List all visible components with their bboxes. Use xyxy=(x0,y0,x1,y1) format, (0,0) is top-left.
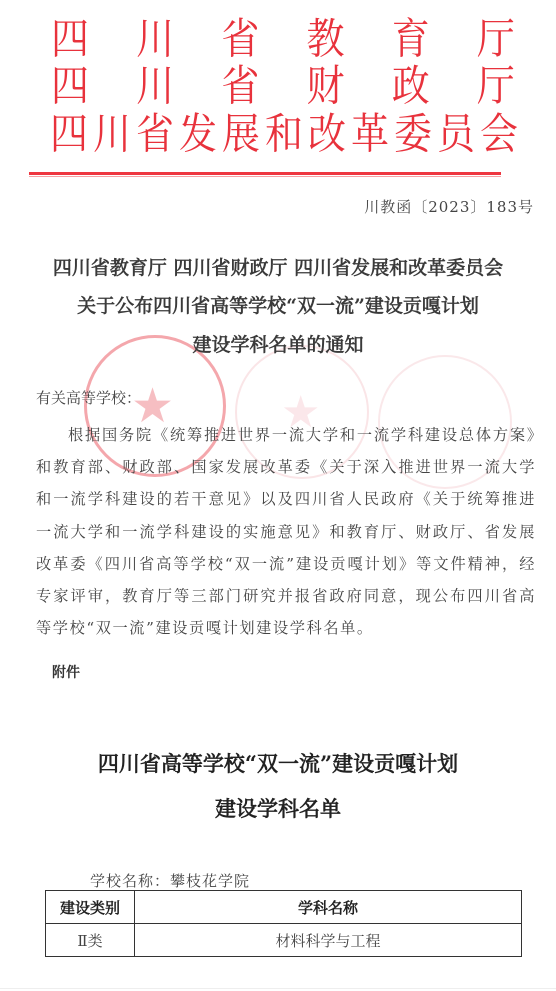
letterhead-finance-dept: 四 川 省 财 政 厅 xyxy=(50,64,516,108)
letterhead-char: 育 xyxy=(391,14,431,63)
notice-title-line-2: 关于公布四川省高等学校“双一流”建设贡嘎计划 xyxy=(0,291,556,318)
letterhead-char: 发 xyxy=(179,109,215,158)
letterhead-char: 委 xyxy=(394,109,430,158)
school-name: 学校名称：攀枝花学院 xyxy=(90,870,250,891)
letterhead-char: 四 xyxy=(50,61,90,110)
page-bottom-edge xyxy=(0,988,556,989)
letterhead-char: 会 xyxy=(480,109,516,158)
letterhead-development-reform-commission: 四 川 省 发 展 和 改 革 委 员 会 xyxy=(50,112,516,156)
letterhead-char: 川 xyxy=(135,61,175,110)
notice-title-line-1: 四川省教育厅 四川省财政厅 四川省发展和改革委员会 xyxy=(0,253,556,280)
attachment-label: 附件 xyxy=(52,662,80,682)
subjects-table: 建设类别 学科名称 Ⅱ类 材料科学与工程 xyxy=(45,890,522,957)
letterhead-char: 财 xyxy=(306,61,346,110)
letterhead-char: 川 xyxy=(135,14,175,63)
letterhead-char: 川 xyxy=(93,109,129,158)
letterhead-char: 政 xyxy=(391,61,431,110)
document-number: 川教函〔2023〕183号 xyxy=(364,196,534,217)
red-divider xyxy=(29,172,501,175)
attachment-title-line-1: 四川省高等学校“双一流”建设贡嘎计划 xyxy=(0,748,556,778)
cell-subject: 材料科学与工程 xyxy=(135,924,522,957)
letterhead-char: 革 xyxy=(351,109,387,158)
letterhead-char: 四 xyxy=(50,109,86,158)
letterhead-char: 和 xyxy=(265,109,301,158)
column-header-category: 建设类别 xyxy=(46,891,135,924)
letterhead-education-dept: 四 川 省 教 育 厅 xyxy=(50,17,516,61)
document-page: 四 川 省 教 育 厅 四 川 省 财 政 厅 四 川 省 发 展 和 改 革 … xyxy=(0,0,556,991)
letterhead-char: 教 xyxy=(306,14,346,63)
red-divider-shadow xyxy=(29,176,501,177)
salutation: 有关高等学校： xyxy=(36,387,141,408)
letterhead-char: 厅 xyxy=(476,14,516,63)
letterhead-char: 厅 xyxy=(476,61,516,110)
cell-category: Ⅱ类 xyxy=(46,924,135,957)
letterhead-char: 展 xyxy=(222,109,258,158)
letterhead-char: 省 xyxy=(220,14,260,63)
letterhead-char: 省 xyxy=(136,109,172,158)
letterhead-char: 四 xyxy=(50,14,90,63)
letterhead-char: 员 xyxy=(437,109,473,158)
notice-title-line-3: 建设学科名单的通知 xyxy=(0,330,556,357)
table-row: Ⅱ类 材料科学与工程 xyxy=(46,924,522,957)
table-header-row: 建设类别 学科名称 xyxy=(46,891,522,924)
attachment-title-line-2: 建设学科名单 xyxy=(0,793,556,823)
letterhead-char: 改 xyxy=(308,109,344,158)
notice-body: 根据国务院《统筹推进世界一流大学和一流学科建设总体方案》和教育部、财政部、国家发… xyxy=(36,419,536,644)
letterhead-char: 省 xyxy=(220,61,260,110)
column-header-subject: 学科名称 xyxy=(135,891,522,924)
